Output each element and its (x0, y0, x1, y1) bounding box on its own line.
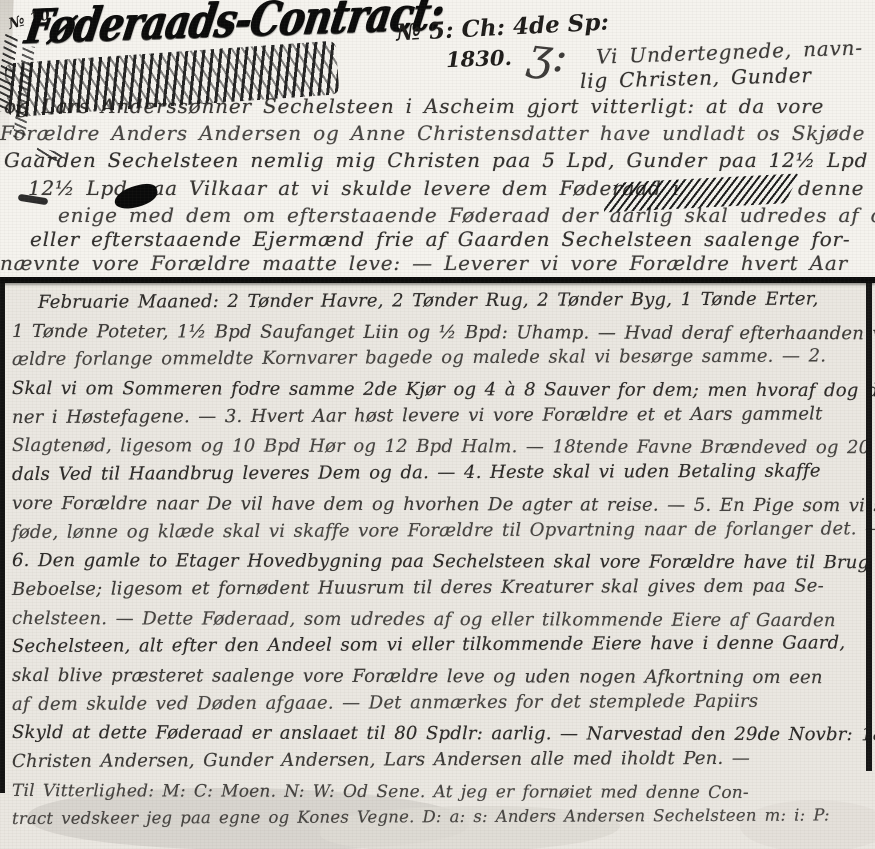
handwritten-line: nævnte vore Forældre maatte leve: — Leve… (0, 251, 848, 275)
handwritten-line: Beboelse; ligesom et fornødent Huusrum t… (12, 572, 864, 604)
handwritten-line-tail: denne (798, 176, 864, 200)
handwritten-line: eller efterstaaende Ejermænd frie af Gaa… (30, 227, 850, 251)
handwritten-line: ældre forlange ommeldte Kornvarer bagede… (12, 343, 864, 375)
handwritten-line: lig Christen, Gunder (580, 63, 812, 93)
handwritten-line: dals Ved til Haandbrug leveres Dem og da… (12, 457, 864, 489)
handwritten-line: enige med dem om efterstaaende Føderaad … (58, 203, 875, 227)
frame-border-left (0, 283, 5, 793)
handwritten-line: Februarie Maaned: 2 Tønder Havre, 2 Tønd… (12, 285, 864, 317)
handwritten-line: Christen Andersen, Gunder Andersen, Lars… (12, 744, 864, 776)
handwritten-line: Gaarden Sechelsteen nemlig mig Christen … (4, 148, 875, 172)
section-flourish-mark: ʒ: (525, 28, 570, 83)
handwritten-line: Vi Undertegnede, navn- (596, 35, 864, 68)
contract-body-text: Februarie Maaned: 2 Tønder Havre, 2 Tønd… (12, 289, 864, 834)
document-title: Føderaads-Contract: (21, 0, 447, 55)
scanned-contract-page: № 10 Føderaads-Contract: № 5: Ch: 4de Sp… (0, 0, 875, 849)
frame-border-top (0, 277, 875, 283)
handwritten-line: af dem skulde ved Døden afgaae. — Det an… (12, 687, 864, 719)
handwritten-line: Forældre Anders Andersen og Anne Christe… (0, 121, 875, 145)
handwritten-line: Sechelsteen, alt efter den Andeel som vi… (12, 630, 864, 662)
handwritten-line: føde, lønne og klæde skal vi skaffe vore… (12, 515, 864, 547)
handwritten-line: og Lars Anderssønner Sechelsteen i Asche… (4, 94, 824, 118)
filing-year: 1830. (446, 45, 513, 72)
handwritten-line: ner i Høstefagene. — 3. Hvert Aar høst l… (12, 400, 864, 432)
frame-border-right (866, 283, 872, 771)
handwritten-line: tract vedskeer jeg paa egne og Kones Veg… (12, 802, 864, 834)
